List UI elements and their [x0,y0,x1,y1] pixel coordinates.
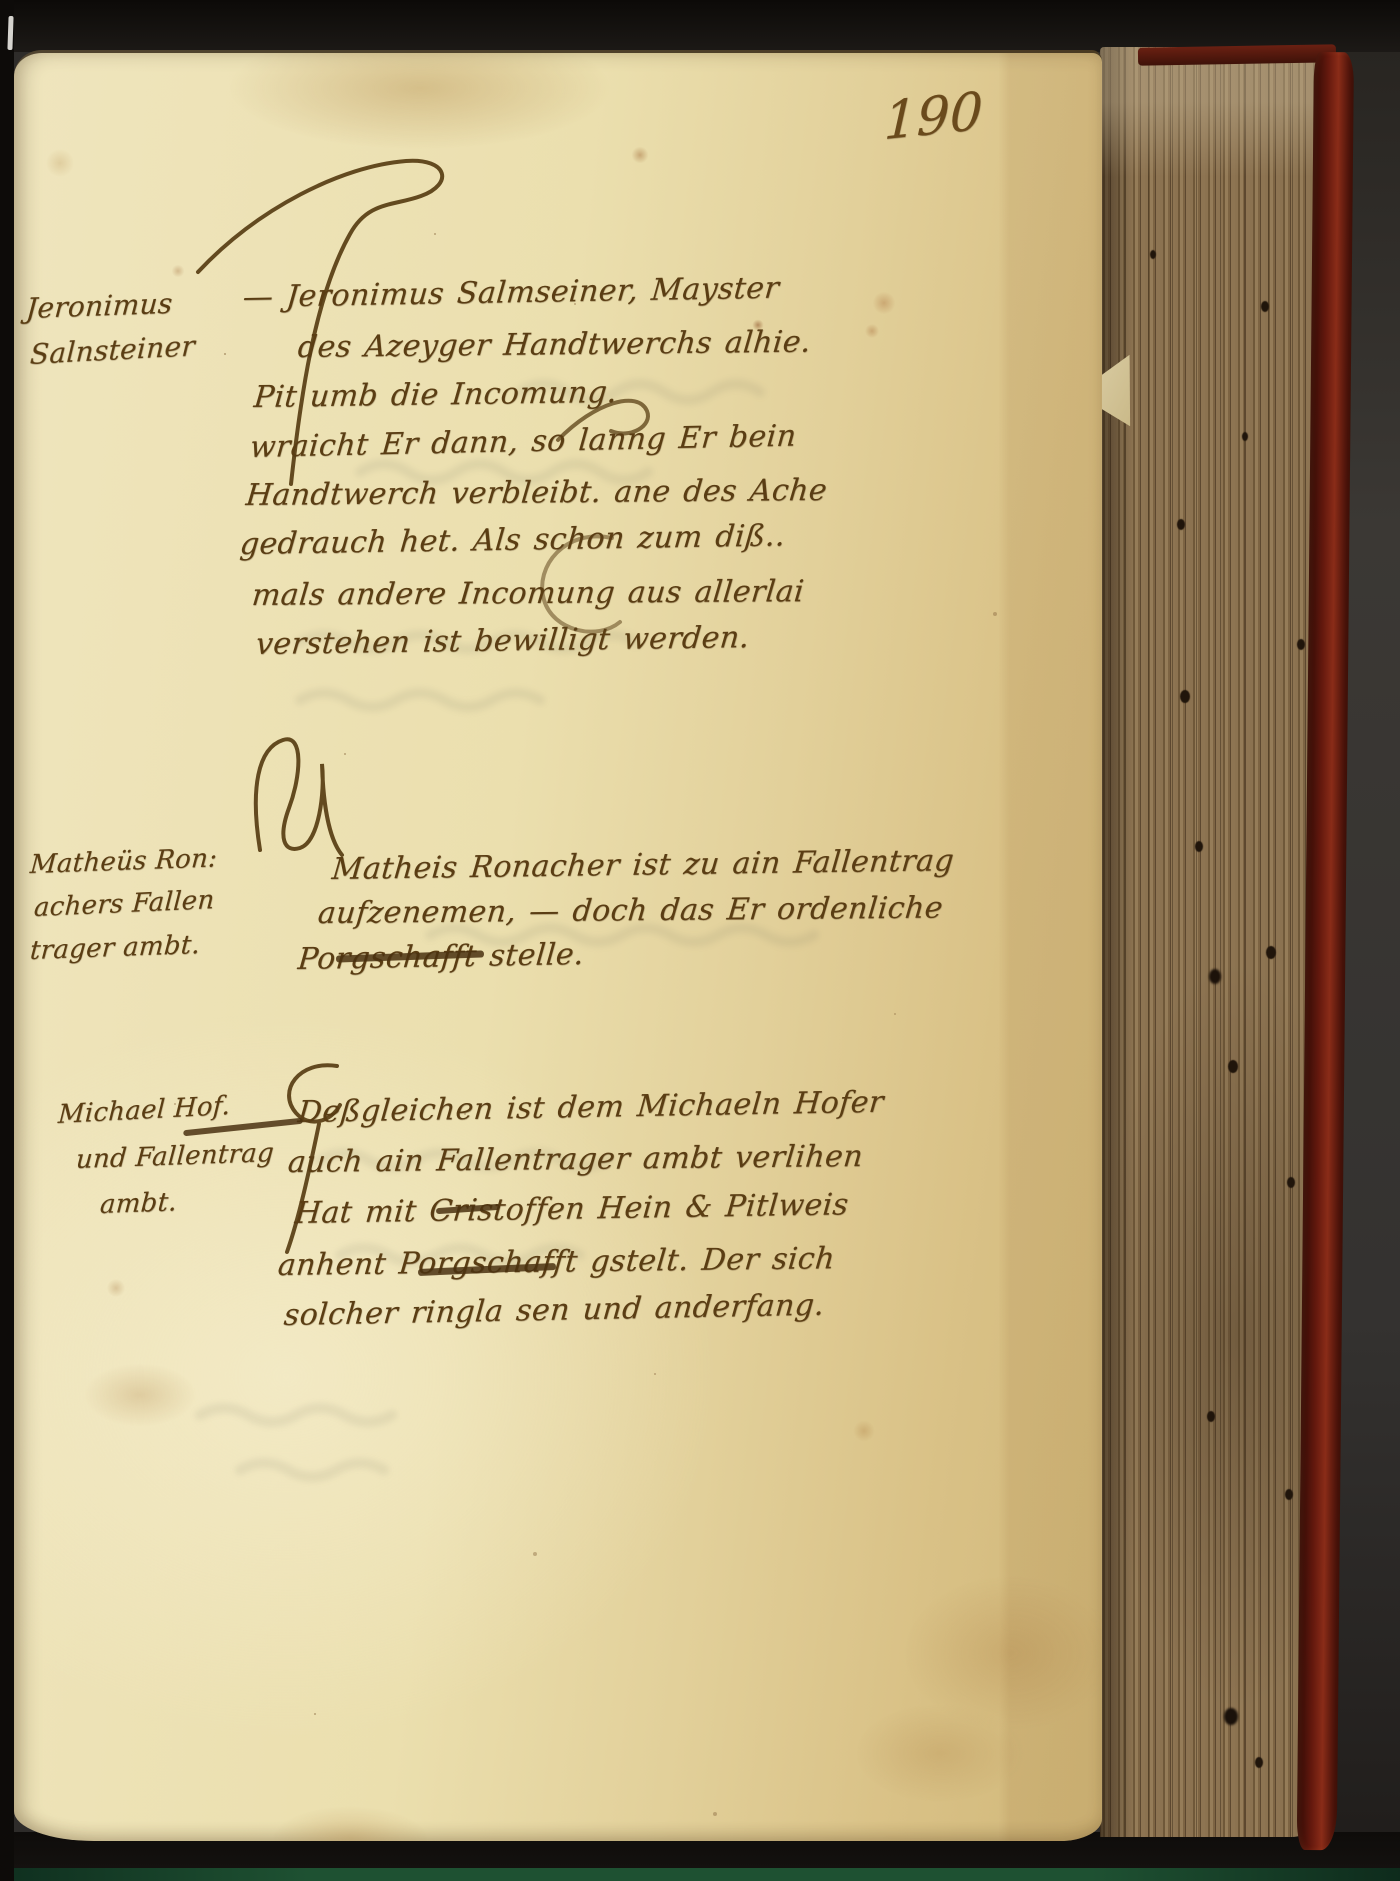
scan-edge-left [0,0,14,1881]
back-cover-top-edge [1138,44,1336,65]
book-photo: 190 Jeronimus Salnsteiner — Jeronimus Sa… [0,0,1400,1881]
paper-stains [14,53,1102,1841]
book-fore-edge [1100,47,1318,1837]
manuscript-page [14,50,1102,1841]
backdrop-top [0,0,1400,52]
paper-speckles [14,53,16,55]
table-edge-green [0,1868,1400,1881]
